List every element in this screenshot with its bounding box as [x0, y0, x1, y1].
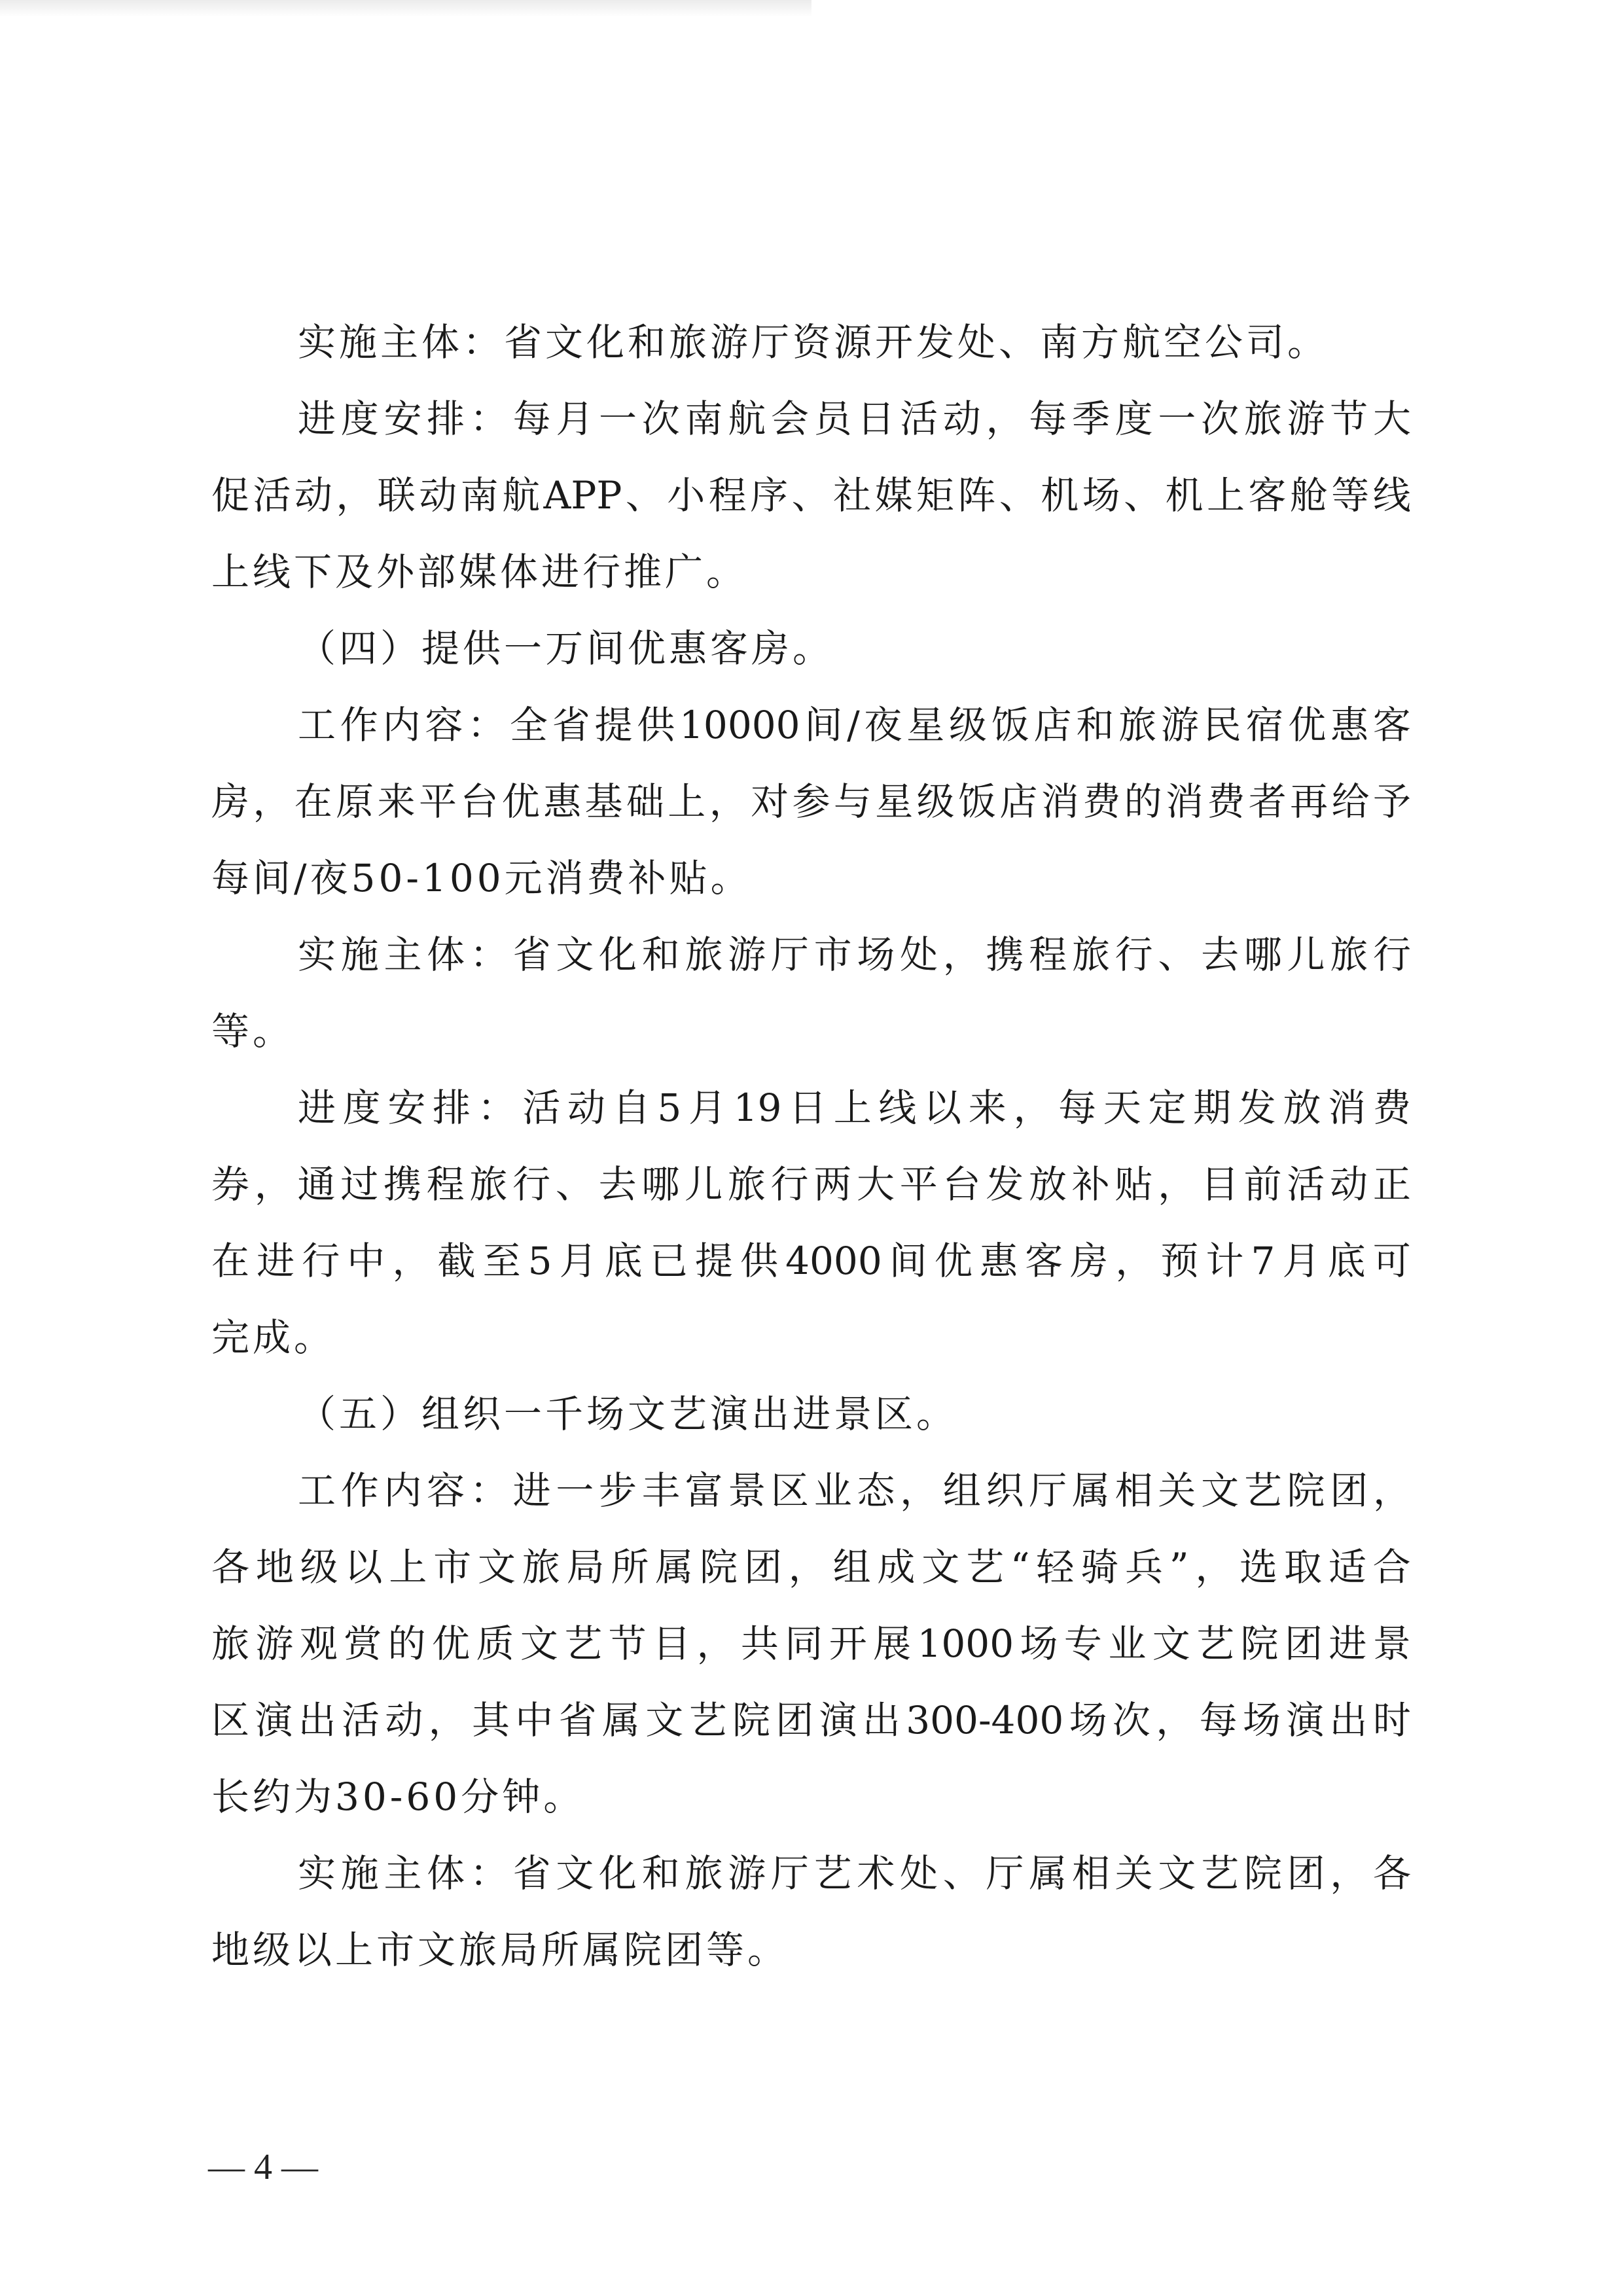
paragraph-line: 券，通过携程旅行、去哪儿旅行两大平台发放补贴，目前活动正 — [211, 1158, 1411, 1210]
paragraph-line: 工作内容：全省提供10000间/夜星级饭店和旅游民宿优惠客 — [298, 699, 1411, 751]
document-page: 实施主体：省文化和旅游厅资源开发处、南方航空公司。 进度安排：每月一次南航会员日… — [0, 0, 1623, 2296]
section-heading-5: （五）组织一千场文艺演出进景区。 — [298, 1388, 1411, 1440]
paragraph-line: 实施主体：省文化和旅游厅市场处，携程旅行、去哪儿旅行 — [298, 928, 1411, 981]
paragraph-line: 工作内容：进一步丰富景区业态，组织厅属相关文艺院团， — [298, 1464, 1411, 1517]
page-number: — 4 — — [208, 2147, 318, 2187]
paragraph-line: 完成。 — [211, 1311, 1411, 1364]
paragraph-line: 实施主体：省文化和旅游厅艺术处、厅属相关文艺院团，各 — [298, 1847, 1411, 1899]
paragraph-line: 区演出活动，其中省属文艺院团演出300-400场次，每场演出时 — [211, 1694, 1411, 1746]
paragraph-line: 旅游观赏的优质文艺节目，共同开展1000场专业文艺院团进景 — [211, 1617, 1411, 1670]
section-heading-4: （四）提供一万间优惠客房。 — [298, 622, 1411, 675]
paragraph-line: 每间/夜50-100元消费补贴。 — [211, 852, 1411, 904]
paragraph-line: 上线下及外部媒体进行推广。 — [211, 546, 1411, 598]
paragraph-line: 房，在原来平台优惠基础上，对参与星级饭店消费的消费者再给予 — [211, 775, 1411, 828]
paragraph-line: 地级以上市文旅局所属院团等。 — [211, 1924, 1411, 1976]
paragraph-line: 进度安排：每月一次南航会员日活动，每季度一次旅游节大 — [298, 393, 1411, 445]
paragraph-line: 促活动，联动南航APP、小程序、社媒矩阵、机场、机上客舱等线 — [211, 469, 1411, 521]
paragraph-line: 在进行中，截至5月底已提供4000间优惠客房，预计7月底可 — [211, 1235, 1411, 1287]
paragraph-line: 等。 — [211, 1005, 1411, 1057]
paragraph-line: 长约为30-60分钟。 — [211, 1771, 1411, 1823]
paragraph-line: 各地级以上市文旅局所属院团，组成文艺“轻骑兵”，选取适合 — [211, 1541, 1411, 1593]
paragraph-line: 实施主体：省文化和旅游厅资源开发处、南方航空公司。 — [298, 316, 1411, 368]
paragraph-line: 进度安排：活动自5月19日上线以来，每天定期发放消费 — [298, 1082, 1411, 1134]
